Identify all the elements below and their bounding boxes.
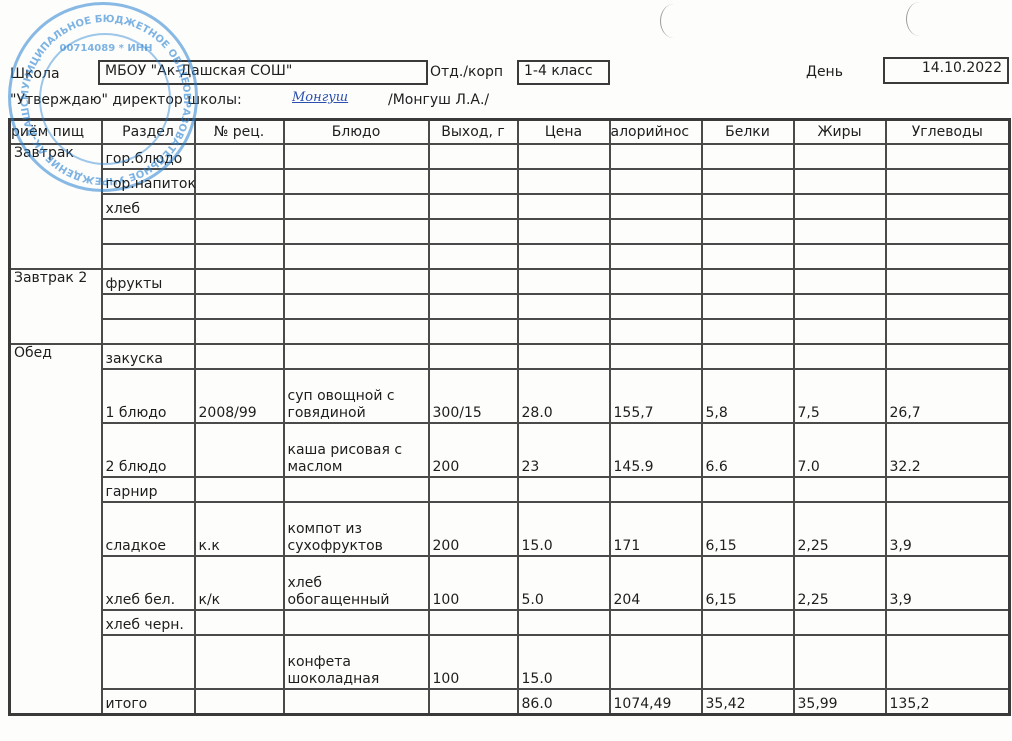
- col-carbs-cell: [886, 169, 1010, 194]
- col-fat-cell: [794, 344, 886, 369]
- meal-name-cell: Обед: [10, 344, 102, 715]
- punch-hole-mark: [906, 2, 933, 36]
- col-fat-cell: [794, 269, 886, 294]
- col-fat-cell: [794, 294, 886, 319]
- col-dish-cell: [284, 689, 429, 715]
- table-row: Обедзакуска: [10, 344, 1010, 369]
- table-row: хлеб бел.к/кхлеб обогащенный1005.02046,1…: [10, 556, 1010, 610]
- meal-name-cell: Завтрак 2: [10, 269, 102, 344]
- col-dish-cell: суп овощной с говядиной: [284, 369, 429, 423]
- col-kcal-cell: [610, 319, 702, 344]
- col-kcal-cell: [610, 219, 702, 244]
- col-price-cell: [518, 269, 610, 294]
- col-price-cell: 86.0: [518, 689, 610, 715]
- col-price-cell: [518, 294, 610, 319]
- col-yield-cell: [429, 144, 518, 169]
- col-recipe-cell: [195, 194, 284, 219]
- approve-label: "Утверждаю" директор школы:: [10, 92, 242, 108]
- col-kcal-cell: [610, 244, 702, 269]
- col-section-cell: хлеб: [102, 194, 195, 219]
- table-row: [10, 294, 1010, 319]
- table-header-row: риём пищРаздел№ рец.БлюдоВыход, гЦенаало…: [10, 120, 1010, 145]
- col-section-cell: [102, 635, 195, 689]
- col-fat-cell: [794, 219, 886, 244]
- col-price-cell: [518, 144, 610, 169]
- col-yield-cell: [429, 269, 518, 294]
- col-price-cell: [518, 610, 610, 635]
- col-carbs-cell: [886, 294, 1010, 319]
- col-yield-cell: [429, 169, 518, 194]
- col-carbs-cell: [886, 635, 1010, 689]
- col-price-cell: [518, 477, 610, 502]
- col-section-header: Раздел: [102, 120, 195, 145]
- col-fat-cell: 7,5: [794, 369, 886, 423]
- school-field: МБОУ "Ак-Дашская СОШ": [98, 60, 428, 85]
- col-section-cell: итого: [102, 689, 195, 715]
- col-fat-cell: 2,25: [794, 502, 886, 556]
- col-yield-cell: 100: [429, 635, 518, 689]
- col-section-cell: фрукты: [102, 269, 195, 294]
- col-price-cell: [518, 244, 610, 269]
- col-kcal-cell: 1074,49: [610, 689, 702, 715]
- col-protein-cell: [702, 477, 794, 502]
- col-meal-header: риём пищ: [10, 120, 102, 145]
- day-label: День: [806, 64, 843, 80]
- col-yield-cell: [429, 477, 518, 502]
- table-row: хлеб: [10, 194, 1010, 219]
- table-row: хлеб черн.: [10, 610, 1010, 635]
- col-yield-cell: [429, 689, 518, 715]
- table-row: итого86.01074,4935,4235,99135,2: [10, 689, 1010, 715]
- col-price-cell: [518, 319, 610, 344]
- col-price-cell: 5.0: [518, 556, 610, 610]
- col-kcal-cell: 155,7: [610, 369, 702, 423]
- col-price-cell: [518, 194, 610, 219]
- col-dish-cell: [284, 610, 429, 635]
- col-dish-cell: компот из сухофруктов: [284, 502, 429, 556]
- col-kcal-cell: [610, 635, 702, 689]
- col-protein-cell: [702, 169, 794, 194]
- col-dish-cell: [284, 144, 429, 169]
- col-dish-cell: [284, 344, 429, 369]
- col-dish-cell: хлеб обогащенный: [284, 556, 429, 610]
- col-kcal-cell: [610, 294, 702, 319]
- col-price-cell: [518, 219, 610, 244]
- col-price-cell: 15.0: [518, 635, 610, 689]
- col-fat-cell: [794, 635, 886, 689]
- table-row: [10, 219, 1010, 244]
- col-kcal-cell: 204: [610, 556, 702, 610]
- col-carbs-cell: 26,7: [886, 369, 1010, 423]
- col-section-cell: [102, 219, 195, 244]
- col-recipe-cell: [195, 219, 284, 244]
- table-row: сладкоек.ккомпот из сухофруктов20015.017…: [10, 502, 1010, 556]
- col-price-cell: 15.0: [518, 502, 610, 556]
- col-kcal-header: алорийнос: [610, 120, 702, 145]
- table-row: [10, 319, 1010, 344]
- col-yield-cell: [429, 219, 518, 244]
- col-fat-cell: [794, 144, 886, 169]
- col-section-cell: [102, 294, 195, 319]
- col-recipe-cell: [195, 144, 284, 169]
- col-section-cell: гор.напиток: [102, 169, 195, 194]
- col-fat-cell: 7.0: [794, 423, 886, 477]
- col-section-cell: сладкое: [102, 502, 195, 556]
- col-protein-cell: [702, 635, 794, 689]
- col-protein-cell: [702, 344, 794, 369]
- col-recipe-cell: к.к: [195, 502, 284, 556]
- col-recipe-cell: [195, 244, 284, 269]
- col-dish-header: Блюдо: [284, 120, 429, 145]
- col-carbs-cell: [886, 344, 1010, 369]
- col-recipe-cell: [195, 269, 284, 294]
- dept-label: Отд./корп: [430, 64, 503, 80]
- col-price-cell: [518, 169, 610, 194]
- col-kcal-cell: 171: [610, 502, 702, 556]
- col-kcal-cell: 145.9: [610, 423, 702, 477]
- dept-field: 1-4 класс: [517, 60, 610, 85]
- col-protein-cell: [702, 244, 794, 269]
- col-fat-cell: [794, 610, 886, 635]
- col-recipe-cell: [195, 344, 284, 369]
- col-yield-cell: 200: [429, 423, 518, 477]
- col-protein-cell: 5,8: [702, 369, 794, 423]
- col-carbs-header: Углеводы: [886, 120, 1010, 145]
- col-carbs-cell: [886, 219, 1010, 244]
- col-dish-cell: каша рисовая с маслом: [284, 423, 429, 477]
- col-yield-cell: [429, 244, 518, 269]
- col-recipe-cell: 2008/99: [195, 369, 284, 423]
- col-protein-cell: [702, 219, 794, 244]
- col-protein-cell: 6.6: [702, 423, 794, 477]
- col-dish-cell: [284, 477, 429, 502]
- col-section-cell: 2 блюдо: [102, 423, 195, 477]
- col-recipe-cell: к/к: [195, 556, 284, 610]
- col-price-header: Цена: [518, 120, 610, 145]
- col-recipe-cell: [195, 169, 284, 194]
- col-carbs-cell: [886, 144, 1010, 169]
- col-fat-cell: 35,99: [794, 689, 886, 715]
- col-dish-cell: [284, 194, 429, 219]
- col-recipe-cell: [195, 294, 284, 319]
- col-section-cell: хлеб черн.: [102, 610, 195, 635]
- col-fat-cell: 2,25: [794, 556, 886, 610]
- col-kcal-cell: [610, 169, 702, 194]
- col-section-cell: хлеб бел.: [102, 556, 195, 610]
- col-protein-cell: [702, 194, 794, 219]
- col-section-cell: гарнир: [102, 477, 195, 502]
- col-yield-cell: [429, 194, 518, 219]
- col-dish-cell: [284, 219, 429, 244]
- col-protein-cell: 6,15: [702, 502, 794, 556]
- col-recipe-cell: [195, 319, 284, 344]
- col-dish-cell: [284, 319, 429, 344]
- col-kcal-cell: [610, 344, 702, 369]
- col-recipe-cell: [195, 423, 284, 477]
- col-carbs-cell: [886, 244, 1010, 269]
- col-protein-cell: [702, 294, 794, 319]
- col-section-cell: гор.блюдо: [102, 144, 195, 169]
- col-kcal-cell: [610, 269, 702, 294]
- col-protein-cell: [702, 610, 794, 635]
- director-signature: Монгуш: [292, 90, 348, 105]
- col-kcal-cell: [610, 477, 702, 502]
- svg-text:00714089 * ИНН: 00714089 * ИНН: [60, 43, 153, 54]
- table-row: 1 блюдо2008/99суп овощной с говядиной300…: [10, 369, 1010, 423]
- col-fat-header: Жиры: [794, 120, 886, 145]
- col-dish-cell: [284, 244, 429, 269]
- table-row: конфета шоколадная10015.0: [10, 635, 1010, 689]
- meal-name-cell: Завтрак: [10, 144, 102, 269]
- school-label: Школа: [10, 66, 60, 82]
- table-row: Завтрак 2фрукты: [10, 269, 1010, 294]
- day-field: 14.10.2022: [883, 57, 1009, 84]
- table-row: Завтракгор.блюдо: [10, 144, 1010, 169]
- col-price-cell: 28.0: [518, 369, 610, 423]
- punch-hole-mark: [660, 4, 687, 38]
- col-protein-cell: 35,42: [702, 689, 794, 715]
- col-carbs-cell: [886, 610, 1010, 635]
- col-yield-header: Выход, г: [429, 120, 518, 145]
- col-carbs-cell: 32.2: [886, 423, 1010, 477]
- col-carbs-cell: [886, 269, 1010, 294]
- col-fat-cell: [794, 169, 886, 194]
- col-recipe-cell: [195, 689, 284, 715]
- col-fat-cell: [794, 194, 886, 219]
- col-fat-cell: [794, 319, 886, 344]
- col-yield-cell: [429, 344, 518, 369]
- col-carbs-cell: [886, 194, 1010, 219]
- col-dish-cell: [284, 269, 429, 294]
- table-row: 2 блюдокаша рисовая с маслом20023145.96.…: [10, 423, 1010, 477]
- col-section-cell: 1 блюдо: [102, 369, 195, 423]
- approver-name: /Монгуш Л.А./: [388, 92, 489, 108]
- col-recipe-header: № рец.: [195, 120, 284, 145]
- col-recipe-cell: [195, 635, 284, 689]
- table-row: [10, 244, 1010, 269]
- col-dish-cell: [284, 169, 429, 194]
- col-kcal-cell: [610, 610, 702, 635]
- col-fat-cell: [794, 244, 886, 269]
- col-price-cell: [518, 344, 610, 369]
- col-price-cell: 23: [518, 423, 610, 477]
- col-yield-cell: 100: [429, 556, 518, 610]
- col-protein-cell: [702, 269, 794, 294]
- col-section-cell: [102, 244, 195, 269]
- col-protein-cell: 6,15: [702, 556, 794, 610]
- col-carbs-cell: [886, 319, 1010, 344]
- col-yield-cell: [429, 294, 518, 319]
- col-section-cell: закуска: [102, 344, 195, 369]
- table-row: гарнир: [10, 477, 1010, 502]
- menu-table: риём пищРаздел№ рец.БлюдоВыход, гЦенаало…: [8, 118, 1011, 716]
- col-carbs-cell: 3,9: [886, 556, 1010, 610]
- col-recipe-cell: [195, 477, 284, 502]
- col-section-cell: [102, 319, 195, 344]
- col-yield-cell: 300/15: [429, 369, 518, 423]
- col-carbs-cell: 3,9: [886, 502, 1010, 556]
- col-protein-cell: [702, 144, 794, 169]
- col-recipe-cell: [195, 610, 284, 635]
- col-yield-cell: [429, 610, 518, 635]
- col-kcal-cell: [610, 144, 702, 169]
- col-dish-cell: конфета шоколадная: [284, 635, 429, 689]
- table-row: гор.напиток: [10, 169, 1010, 194]
- col-fat-cell: [794, 477, 886, 502]
- col-carbs-cell: [886, 477, 1010, 502]
- col-yield-cell: [429, 319, 518, 344]
- col-protein-header: Белки: [702, 120, 794, 145]
- col-carbs-cell: 135,2: [886, 689, 1010, 715]
- col-kcal-cell: [610, 194, 702, 219]
- col-protein-cell: [702, 319, 794, 344]
- col-dish-cell: [284, 294, 429, 319]
- col-yield-cell: 200: [429, 502, 518, 556]
